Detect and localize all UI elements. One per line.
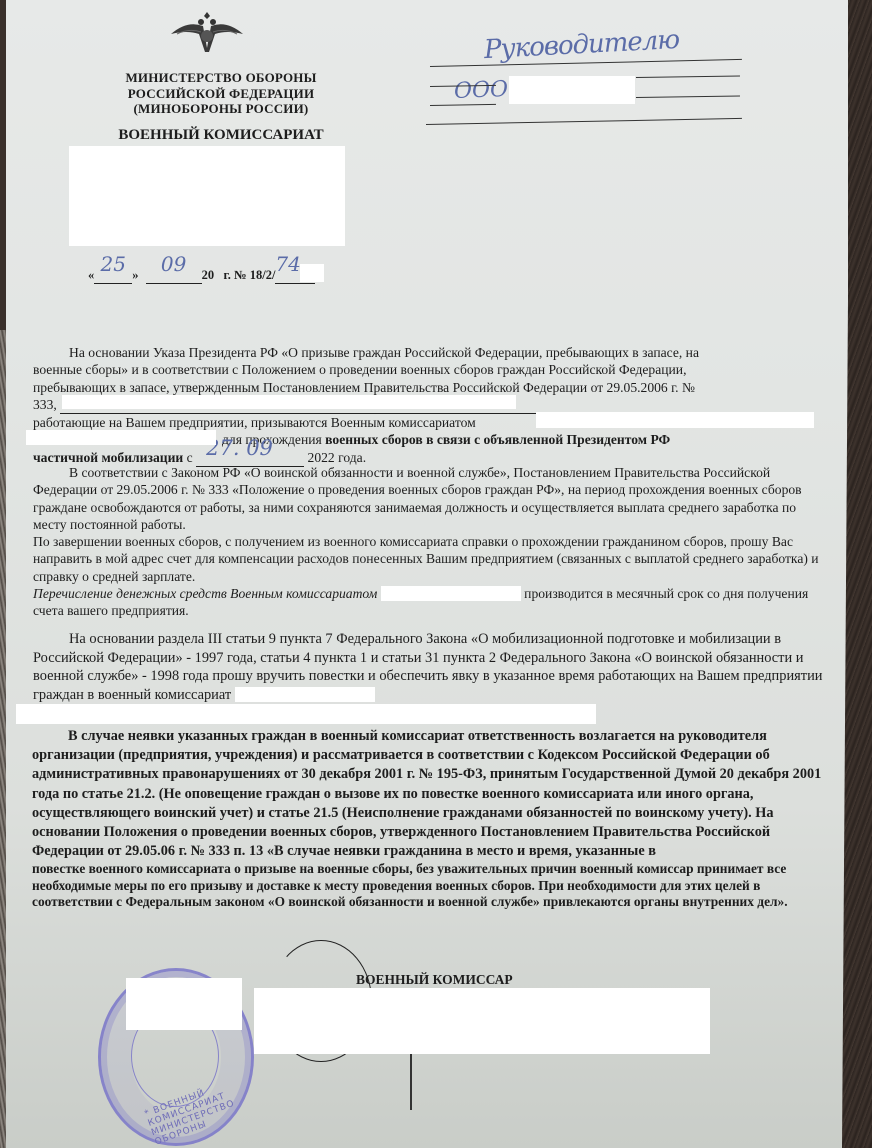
commissariat-title: ВОЕННЫЙ КОМИССАРИАТ bbox=[76, 127, 366, 144]
quote-close: » bbox=[132, 268, 138, 282]
ministry-header: МИНИСТЕРСТВО ОБОРОНЫ РОССИЙСКОЙ ФЕДЕРАЦИ… bbox=[76, 70, 366, 117]
text-fragment: На основании раздела III статьи 9 пункта… bbox=[33, 631, 822, 703]
handwritten-start-date: 27. 09 bbox=[206, 440, 273, 457]
paragraph-text: Перечисление денежных средств Военным ко… bbox=[33, 585, 823, 620]
address-line bbox=[636, 76, 740, 79]
handwritten-addressee: Руководителю bbox=[483, 25, 680, 65]
redacted-rank bbox=[126, 978, 242, 1030]
redacted-commissar-name bbox=[254, 988, 710, 1054]
paragraph-text: повестке военного комиссариата о призыве… bbox=[32, 861, 832, 910]
redacted-commissariat-address bbox=[16, 704, 596, 724]
paragraph-rights: В соответствии с Законом РФ «О воинской … bbox=[33, 464, 823, 620]
paragraph-text: На основании раздела III статьи 9 пункта… bbox=[33, 630, 823, 704]
address-line bbox=[430, 104, 496, 107]
day-field: 25 bbox=[94, 268, 132, 284]
redacted-org-name bbox=[509, 76, 635, 104]
text-fragment: 333, bbox=[33, 397, 57, 412]
double-headed-eagle-emblem bbox=[169, 8, 245, 56]
redacted-citizen-list bbox=[62, 395, 516, 409]
paragraph-text: В случае неявки указанных граждан в воен… bbox=[32, 727, 832, 861]
redacted-commissariat-name bbox=[26, 430, 216, 445]
signature-title: ВОЕННЫЙ КОМИССАР bbox=[356, 972, 513, 988]
paragraph-text: В соответствии с Законом РФ «О воинской … bbox=[33, 464, 823, 533]
address-line bbox=[636, 96, 740, 99]
address-line bbox=[430, 59, 742, 67]
document-dateline: «25 » 09 20 г. № 18/2/74 bbox=[88, 268, 315, 284]
year-suffix: г. bbox=[224, 268, 231, 282]
text-line: На основании Указа Президента РФ «О приз… bbox=[33, 344, 823, 361]
ministry-line: РОССИЙСКОЙ ФЕДЕРАЦИИ bbox=[76, 86, 366, 102]
address-line bbox=[426, 118, 742, 125]
text-fragment: Перечисление денежных средств Военным ко… bbox=[33, 586, 377, 601]
handwritten-month: 09 bbox=[146, 252, 202, 276]
document-number-label: № 18/2/ bbox=[234, 268, 275, 282]
paragraph-liability: В случае неявки указанных граждан в воен… bbox=[32, 727, 832, 911]
paragraph-text: По завершении военных сборов, с получени… bbox=[33, 533, 823, 585]
ministry-line: (МИНОБОРОНЫ РОССИИ) bbox=[76, 101, 366, 117]
year-prefix: 20 bbox=[202, 268, 215, 282]
ministry-line: МИНИСТЕРСТВО ОБОРОНЫ bbox=[76, 70, 366, 86]
text-line: военные сборы» и в соответствии с Положе… bbox=[33, 361, 823, 378]
text-fragment: с bbox=[187, 450, 193, 465]
text-line: пребывающих в запасе, утвержденным Поста… bbox=[33, 379, 823, 396]
redacted-commissariat-name bbox=[69, 146, 345, 246]
month-field: 09 bbox=[146, 268, 202, 284]
document-page: МИНИСТЕРСТВО ОБОРОНЫ РОССИЙСКОЙ ФЕДЕРАЦИ… bbox=[6, 0, 850, 1148]
redacted-commissariat-name bbox=[536, 412, 814, 428]
text-fragment: работающие на Вашем предприятии, призыва… bbox=[33, 415, 476, 430]
text-fragment: 2022 года. bbox=[308, 450, 367, 465]
handwritten-day: 25 bbox=[94, 252, 132, 276]
text-fragment-bold: частичной мобилизации bbox=[33, 450, 183, 465]
text-fragment-bold: военных сборов в связи с объявленной Пре… bbox=[325, 432, 670, 447]
handwritten-org-prefix: ООО bbox=[454, 77, 509, 104]
redacted-commissariat-name bbox=[381, 586, 521, 601]
paragraph-legal-basis: На основании раздела III статьи 9 пункта… bbox=[33, 630, 823, 704]
redacted-commissariat-name bbox=[235, 687, 375, 702]
redacted-number-suffix bbox=[300, 264, 324, 282]
